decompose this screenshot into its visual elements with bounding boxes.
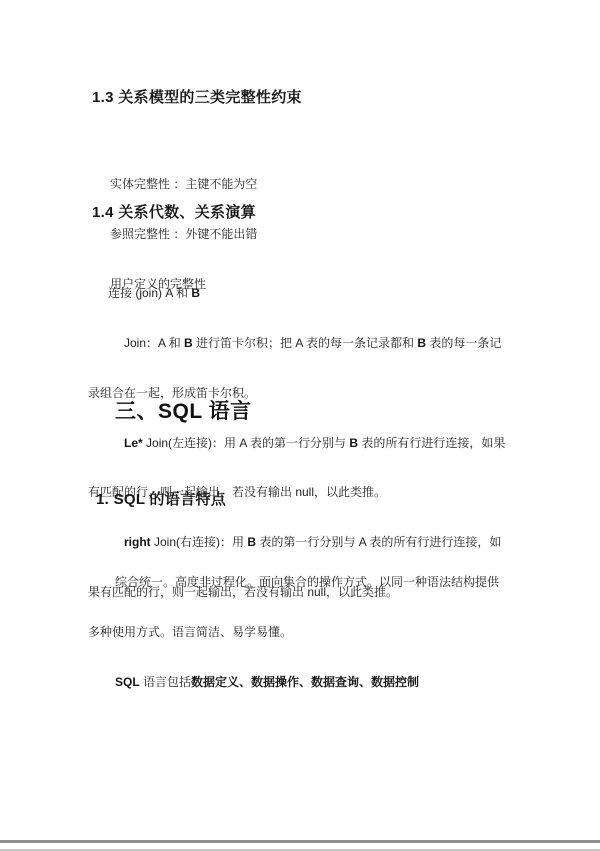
text-segment: 表的所有行进行连接，如果 [358,436,505,450]
heading-sql-features: 1. SQL 的语言特点 [96,490,226,509]
text-segment: 语言包括 [140,675,191,689]
text-line-sql-includes: SQL 语言包括数据定义、数据操作、数据查询、数据控制 [88,674,518,691]
text-segment: 进行笛卡尔积；把 A 表的每一条记录都和 [193,336,418,350]
heading-section-1-3: 1.3 关系模型的三类完整性约束 [92,88,302,107]
sql-features-paragraph: 综合统一。高度非过程化。面向集合的操作方式。以同一种语法结构提供 多种使用方式。… [88,541,518,724]
text-segment: Join：A 和 [124,336,184,350]
text-segment: 数据定义、数据操作、数据查询、数据控制 [191,675,419,689]
text-segment: Le* [124,436,143,450]
text-segment: Join(左连接)：用 A 表的第一行分别与 [143,436,350,450]
heading-chapter-sql: 三、SQL 语言 [115,398,252,425]
text-line-entity-integrity: 实体完整性 ：主键不能为空 [110,176,530,193]
text-line-join-intro: 连接 (join) A 和 B [88,285,518,302]
text-segment: 表的每一条记 [426,336,501,350]
text-segment: B [191,286,200,300]
text-segment: SQL [115,675,140,689]
text-segment: B [184,336,193,350]
text-line-left-join: Le* Join(左连接)：用 A 表的第一行分别与 B 表的所有行进行连接，如… [88,435,518,452]
text-segment: 连接 (join) A 和 [108,286,191,300]
page-bottom-rule [0,840,600,843]
text-line-features-2: 多种使用方式。语言简洁、易学易懂。 [88,624,518,641]
heading-section-1-4: 1.4 关系代数、关系演算 [92,203,256,222]
text-segment: B [349,436,358,450]
text-segment: B [417,336,426,350]
text-line-join-def: Join：A 和 B 进行笛卡尔积；把 A 表的每一条记录都和 B 表的每一条记 [88,335,518,352]
text-line-referential-integrity: 参照完整性 ：外键不能出错 [110,226,530,243]
document-page: 1.3 关系模型的三类完整性约束 实体完整性 ：主键不能为空 参照完整性 ：外键… [0,0,600,851]
text-line-features-1: 综合统一。高度非过程化。面向集合的操作方式。以同一种语法结构提供 [88,574,518,591]
